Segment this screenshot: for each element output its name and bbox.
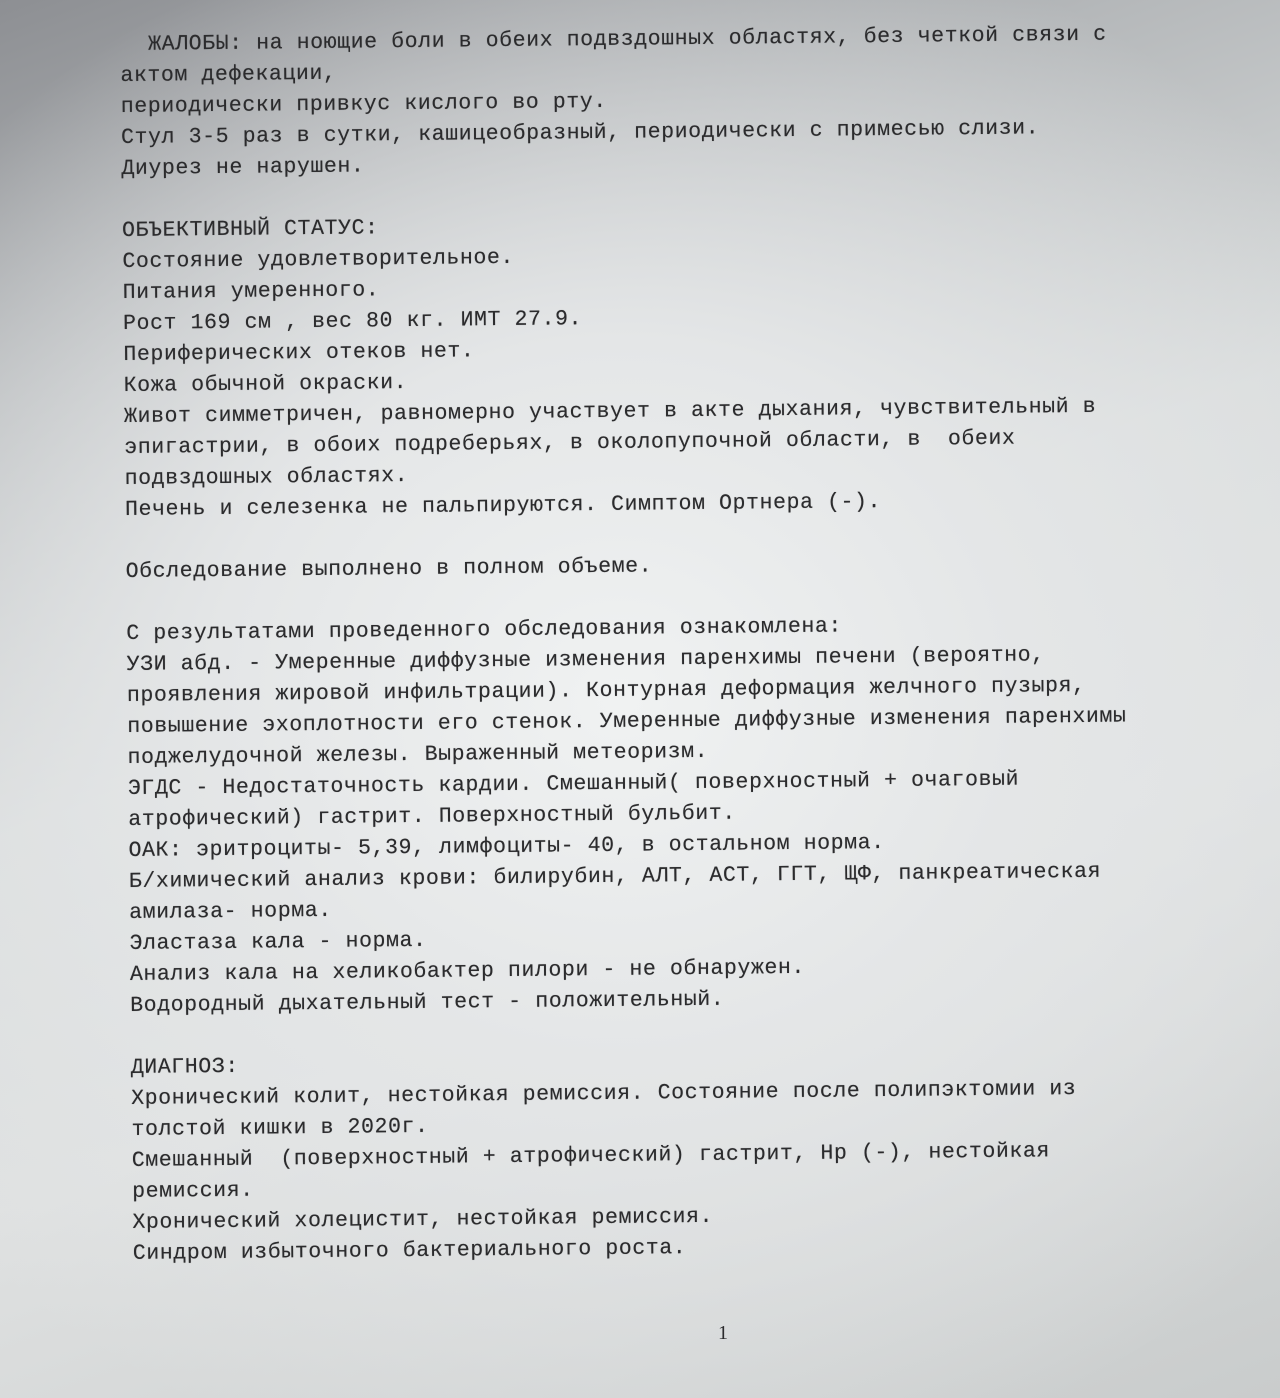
objective-status-section: ОБЪЕКТИВНЫЙ СТАТУС: Состояние удовлетвор… bbox=[122, 204, 1245, 526]
complaints-section: ЖАЛОБЫ: на ноющие боли в обеих подвздошн… bbox=[120, 18, 1242, 185]
document-page: ЖАЛОБЫ: на ноющие боли в обеих подвздошн… bbox=[120, 18, 1253, 1270]
results-section: С результатами проведенного обследования… bbox=[126, 607, 1250, 1022]
page-number: 1 bbox=[718, 1322, 728, 1345]
diagnosis-section: ДИАГНОЗ: Хронический колит, нестойкая ре… bbox=[131, 1041, 1253, 1270]
